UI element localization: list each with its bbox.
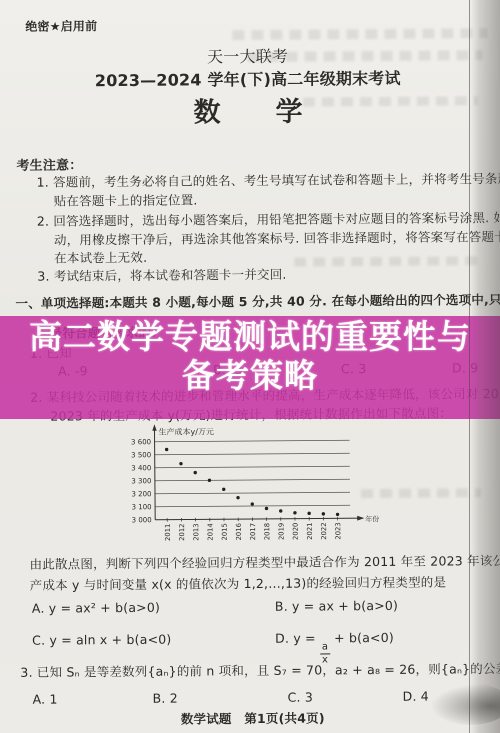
notice-item-1-line-2: 贴在答题卡上的指定位置.	[54, 190, 198, 209]
banner-title-line-1: 高二数学专题测试的重要性与	[29, 318, 471, 357]
security-marking: 绝密★启用前	[25, 17, 97, 35]
svg-text:3 000: 3 000	[132, 516, 152, 524]
section-1-heading: 一、单项选择题:本题共 8 小题,每小题 5 分,共 40 分. 在每小题给出的…	[15, 290, 500, 312]
svg-text:2013: 2013	[192, 523, 200, 540]
svg-text:3 600: 3 600	[131, 438, 151, 446]
svg-text:2022: 2022	[320, 522, 328, 539]
notice-item-3: 3. 考试结束后，将本试卷和答题卡一并交回.	[37, 265, 286, 285]
question-2-analysis-line-1: 由此散点图，判断下列四个经验回归方程类型中最适合作为 2011 年至 2023 …	[29, 551, 500, 573]
notice-item-1-line-1: 1. 答题前，考生务必将自己的姓名、考生号填写在试卷和答题卡上，并将考生号条形码…	[36, 169, 500, 191]
question-2-analysis-line-2: 产成本 y 与时间变量 x(x 的值依次为 1,2,…,13)的经验回归方程类型…	[30, 572, 447, 593]
svg-text:2021: 2021	[306, 523, 314, 540]
svg-text:3 400: 3 400	[131, 464, 151, 472]
q2-option-d-prefix: D. y =	[275, 630, 320, 645]
svg-text:2018: 2018	[263, 523, 271, 540]
notice-heading: 考生注意：	[16, 154, 82, 174]
bleed-through-text	[232, 28, 487, 40]
q2-option-a: A. y = ax² + b(a>0)	[32, 600, 160, 616]
svg-text:2015: 2015	[221, 523, 229, 540]
svg-text:2011: 2011	[164, 524, 172, 541]
svg-text:年份: 年份	[365, 514, 379, 523]
q3-option-a: A. 1	[33, 692, 58, 707]
banner-title-line-2: 备考策略	[182, 357, 318, 396]
q2-option-d-suffix: + b(a<0)	[330, 630, 394, 646]
svg-text:2019: 2019	[277, 523, 285, 540]
svg-text:2012: 2012	[178, 524, 186, 541]
svg-text:2017: 2017	[249, 523, 257, 540]
scanned-exam-page: 绝密★启用前 天一大联考 2023—2024 学年(下)高二年级期末考试 数 学…	[0, 0, 500, 733]
svg-text:3 500: 3 500	[131, 451, 151, 459]
page-footer: 数学试题 第1页(共4页)	[3, 707, 500, 729]
headline-banner-overlay: 高二数学专题测试的重要性与 备考策略	[0, 316, 500, 419]
svg-text:3 200: 3 200	[131, 490, 151, 498]
svg-text:2014: 2014	[206, 523, 214, 540]
q3-option-b: B. 2	[153, 691, 178, 706]
q2-option-c: C. y = aln x + b(a<0)	[32, 632, 171, 648]
scan-corner-shadow	[430, 683, 500, 725]
svg-text:2016: 2016	[235, 523, 243, 540]
scatter-chart: 3 0003 1003 2003 3003 4003 5003 600生产成本y…	[124, 420, 381, 548]
question-3-stem: 3. 已知 Sₙ 是等差数列{aₙ}的前 n 项和，且 S₇ = 70，a₂ +…	[20, 659, 500, 681]
subject-title: 数 学	[0, 88, 498, 131]
q3-option-c: C. 3	[288, 690, 314, 705]
notice-item-2-line-2: 动，用橡皮擦干净后，再选涂其他答案标号. 回答非选择题时，将答案写在答题卡上. …	[54, 227, 500, 249]
fraction-numerator: a	[322, 642, 328, 652]
scan-page-edge	[469, 0, 500, 733]
bleed-through-text	[294, 256, 479, 266]
notice-item-2-line-3: 在本试卷上无效.	[54, 248, 147, 267]
svg-text:2020: 2020	[292, 523, 300, 540]
svg-text:生产成本y/万元: 生产成本y/万元	[158, 426, 214, 436]
q2-option-b: B. y = ax + b(a>0)	[275, 598, 398, 614]
svg-text:2023: 2023	[334, 522, 342, 539]
svg-text:3 100: 3 100	[132, 503, 152, 511]
notice-item-2-line-1: 2. 回答选择题时，选出每小题答案后，用铅笔把答题卡对应题目的答案标号涂黑. 如…	[37, 208, 500, 230]
svg-text:3 300: 3 300	[131, 477, 151, 485]
q3-option-d: D. 4	[403, 689, 429, 704]
